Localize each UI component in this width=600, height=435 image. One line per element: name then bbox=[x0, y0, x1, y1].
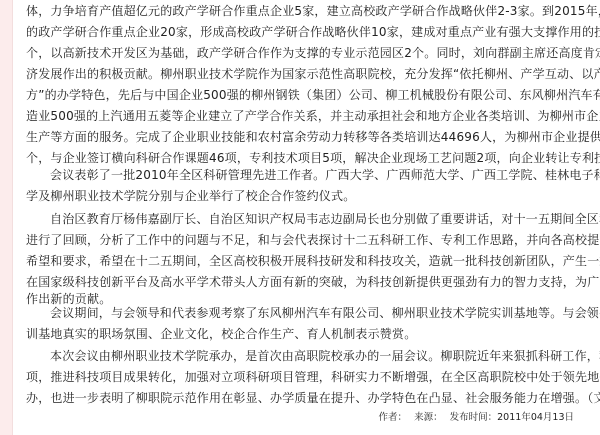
article-meta: 作者： 来源： 发布时间：2011年04月13日 bbox=[375, 411, 574, 425]
author-label: 作者： bbox=[379, 412, 408, 423]
article-text-line: 本次会议由柳州职业技术学院承办，是首次由高职院校承办的一届会议。柳职院近年来狠抓… bbox=[50, 348, 600, 364]
article-text-line: 在国家级科技创新平台及高水平学术带头人方面有新的突破，为科技创新提供更强劲有力的… bbox=[26, 274, 600, 290]
article-text-line: 自治区教育厅杨伟嘉副厅长、自治区知识产权局韦志边副局长也分别做了重要讲话，对十一… bbox=[50, 211, 600, 227]
article-text-line: 造业500强的上汽通用五菱等企业建立了产学合作关系，并主动承担社会和地方企业各类… bbox=[26, 108, 600, 124]
article-text-line: 办，也进一步表明了柳职院示范作用在彰显、办学质量在提升、办学特色在凸显、社会服务… bbox=[26, 390, 600, 406]
article-text-line: 个，以高新技术开发区为基础，政产学研合作作为支撑的专业示范园区2个。同时，刘向群… bbox=[26, 45, 600, 61]
article-text-line: 希望和要求，希望在十二五期间，全区高校积极开展科技研发和科技攻关，造就一批科技创… bbox=[26, 253, 600, 269]
article-text-line: 项，推进科技项目成果转化，加强对立项科研项目管理，科研实力不断增强，在全区高职院… bbox=[26, 369, 600, 385]
publish-date: 2011年04月13日 bbox=[497, 412, 574, 423]
article-text-line: 会议表彰了一批2010年全区科研管理先进工作者。广西大学、广西师范大学、广西工学… bbox=[50, 167, 600, 183]
article-text-line: 体，力争培育产值超亿元的政产学研合作重点企业5家，建立高校政产学研合作战略伙伴2… bbox=[26, 3, 600, 19]
article-text-line: 个，与企业签订横向科研合作课题46项，专利技术项目5项，解决企业现场工艺问题2项… bbox=[26, 150, 600, 166]
article-text-line: 方”的办学特色，先后与中国企业500强的柳州钢铁（集团）公司、柳工机械股份有限公… bbox=[26, 87, 600, 103]
article-text-line: 生产等方面的服务。完成了企业职业技能和农村富余劳动力转移等各类培训达44696人… bbox=[26, 129, 600, 145]
article-text-line: 会议期间，与会领导和代表参观考察了东风柳州汽车有限公司、柳州职业技术学院实训基地… bbox=[50, 305, 600, 321]
source-label: 来源： bbox=[414, 412, 443, 423]
article-text-line: 学及柳州职业技术学院分别与企业举行了校企合作签约仪式。 bbox=[26, 188, 355, 204]
article-text-line: 进行了回顾，分析了工作中的问题与不足，和与会代表探讨十二五科研工作、专利工作思路… bbox=[26, 232, 600, 248]
left-sidebar-strip bbox=[0, 0, 13, 435]
publish-label: 发布时间： bbox=[450, 412, 498, 423]
article-text-line: 的政产学研合作重点企业20家，形成高校政产学研合作战略伙伴10家，建成对重点产业… bbox=[26, 24, 600, 40]
article-text-line: 济发展作出的积极贡献。柳州职业技术学院作为国家示范性高职院校，充分发挥“依托柳州… bbox=[26, 66, 600, 82]
article-text-line: 训基地真实的职场氛围、企业文化，校企合作生产、育人机制表示赞赏。 bbox=[26, 326, 416, 342]
